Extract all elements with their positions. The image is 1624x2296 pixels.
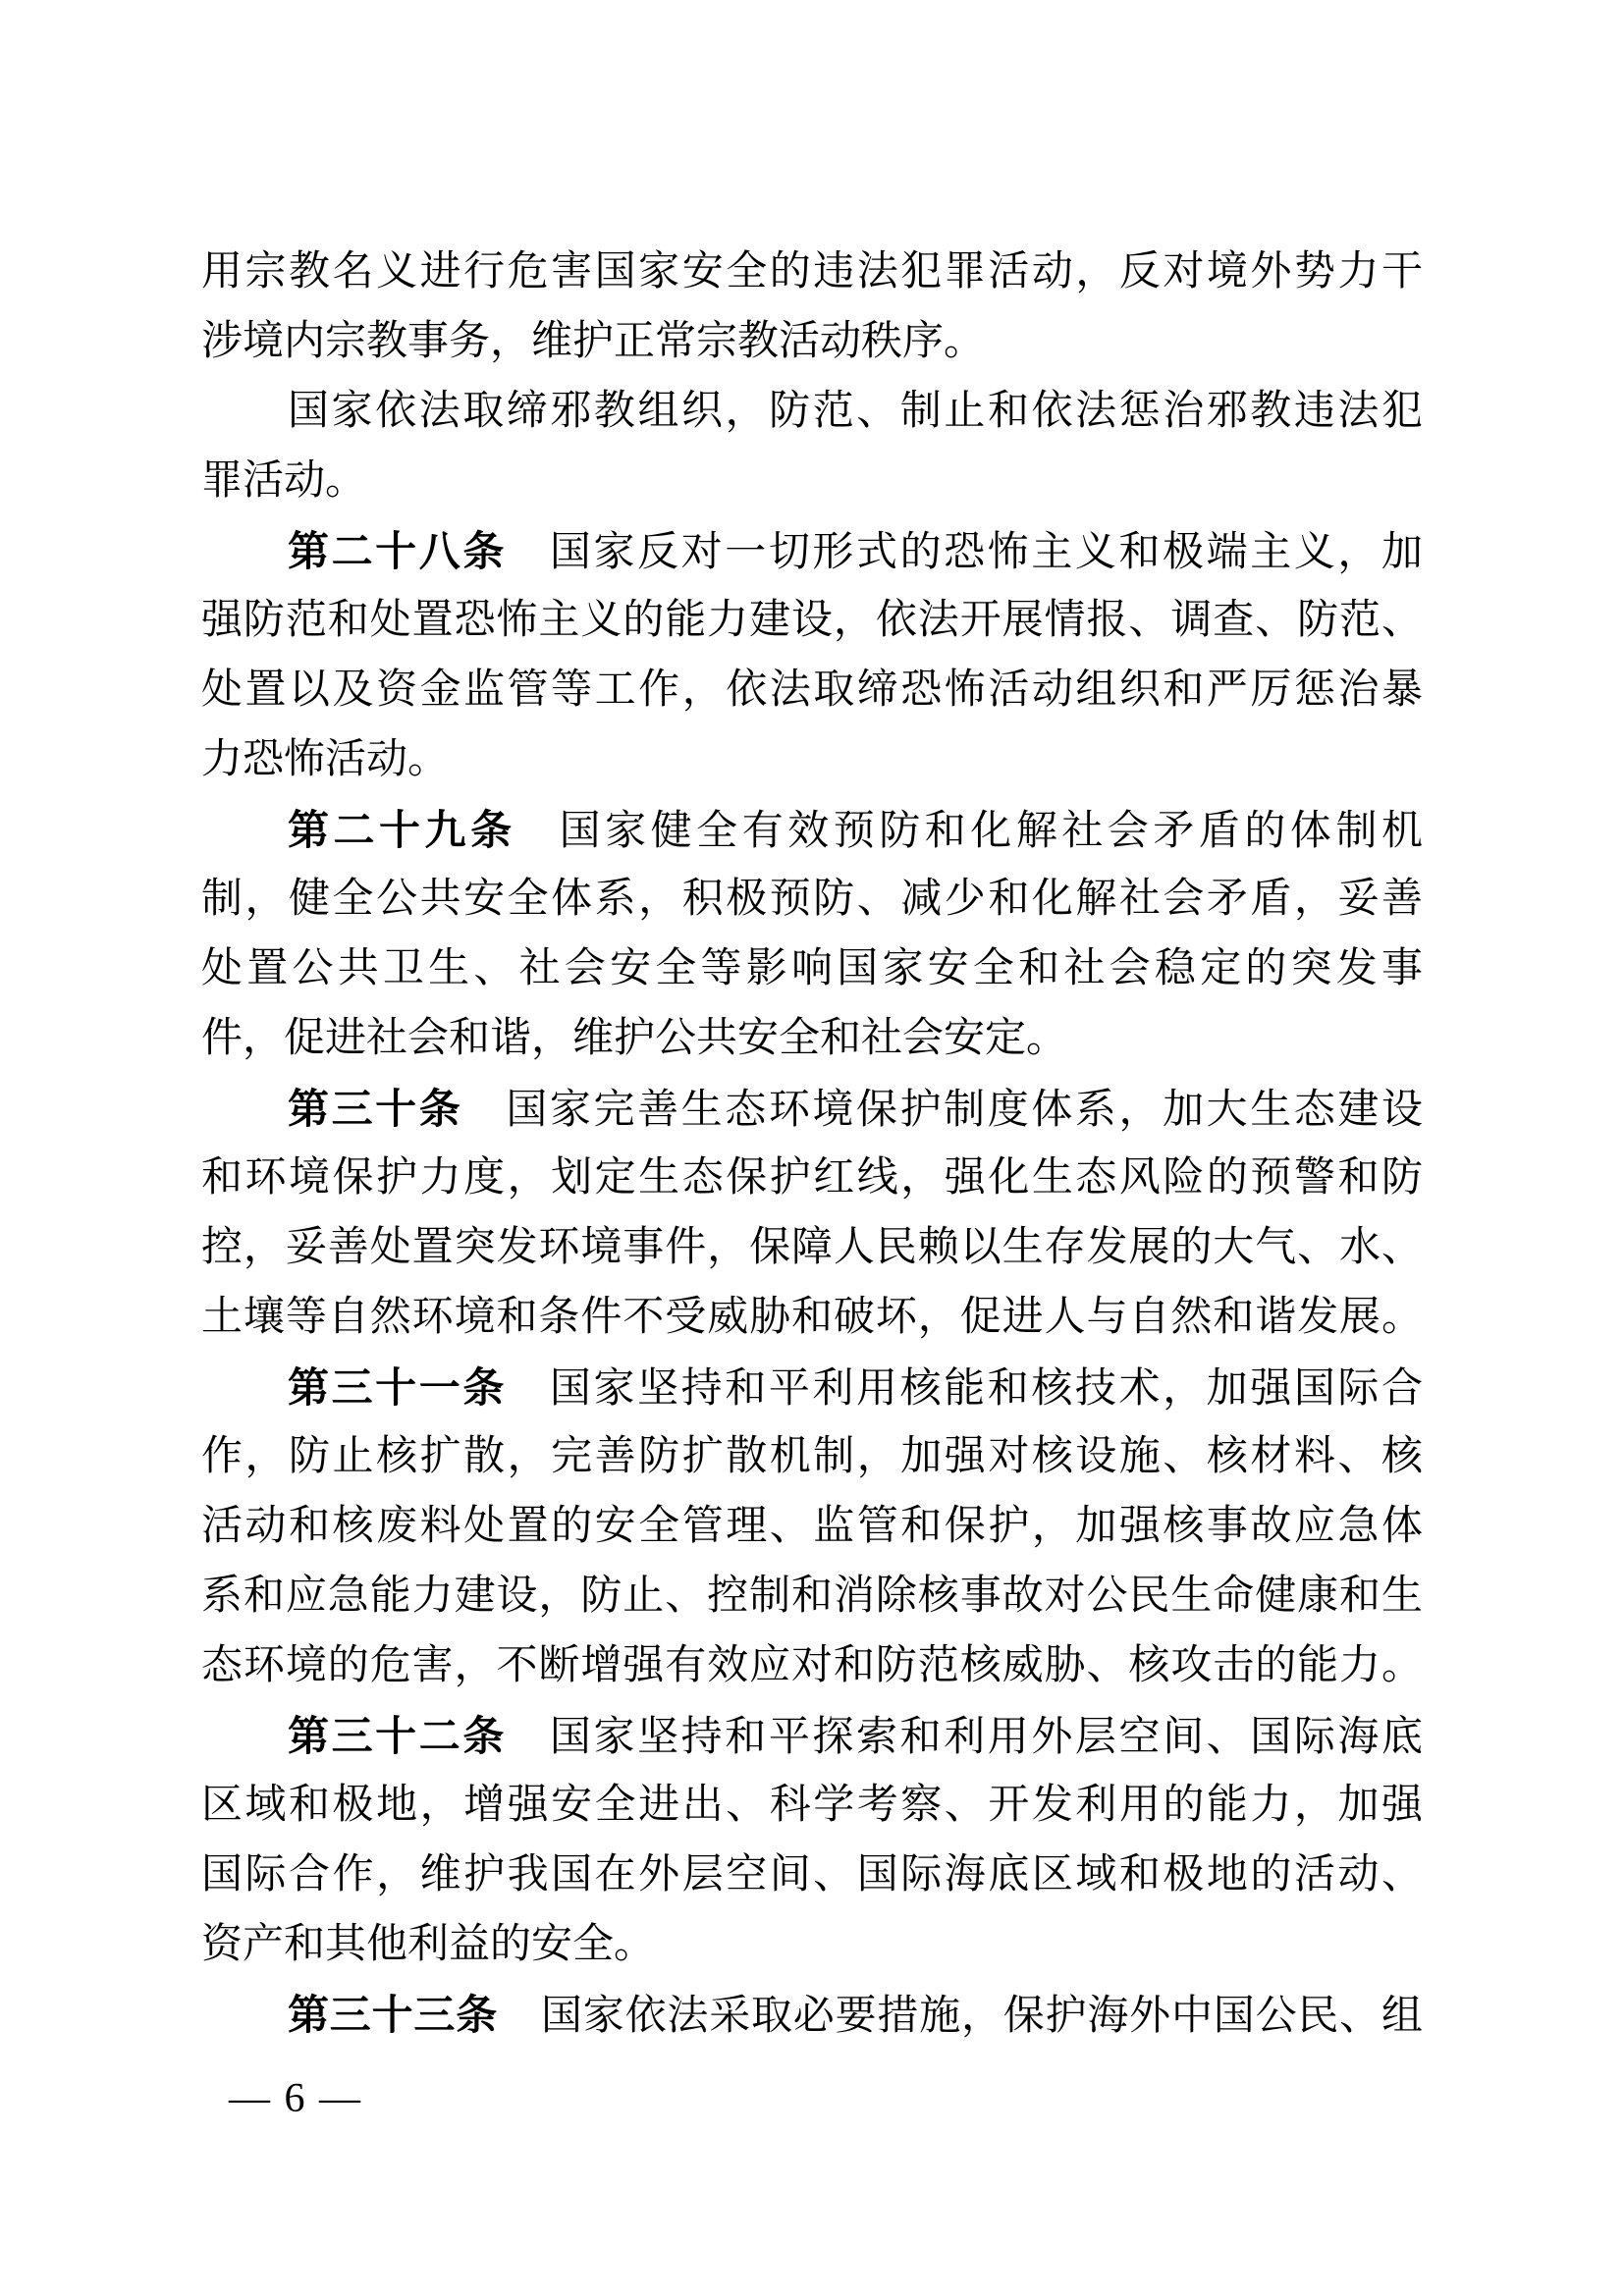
article-number: 第三十条 <box>288 1086 462 1132</box>
text-line: 控，妥善处置突发环境事件，保障人民赖以生存发展的大气、水、 <box>201 1213 1423 1283</box>
text-line: 系和应急能力建设，防止、控制和消除核事故对公民生命健康和生 <box>201 1562 1423 1631</box>
text-line: 制，健全公共安全体系，积极预防、减少和化解社会矛盾，妥善 <box>201 865 1423 934</box>
text-line: 第三十一条国家坚持和平利用核能和核技术，加强国际合 <box>201 1353 1423 1422</box>
text-line: 力恐怖活动。 <box>201 725 1423 795</box>
line-text: 系和应急能力建设，防止、控制和消除核事故对公民生命健康和生 <box>201 1574 1423 1619</box>
line-text: 国家反对一切形式的恐怖主义和极端主义，加 <box>550 530 1423 575</box>
line-text: 态环境的危害，不断增强有效应对和防范核威胁、核攻击的能力。 <box>201 1643 1423 1688</box>
text-line: 强防范和处置恐怖主义的能力建设，依法开展情报、调查、防范、 <box>201 586 1423 656</box>
text-line: 第二十八条国家反对一切形式的恐怖主义和极端主义，加 <box>201 516 1423 586</box>
line-text: 件，促进社会和谐，维护公共安全和社会安定。 <box>201 1016 1067 1061</box>
line-text: 国家依法采取必要措施，保护海外中国公民、组 <box>541 1994 1423 2039</box>
document-page: 用宗教名义进行危害国家安全的违法犯罪活动，反对境外势力干涉境内宗教事务，维护正常… <box>0 0 1624 2296</box>
text-line: 态环境的危害，不断增强有效应对和防范核威胁、核攻击的能力。 <box>201 1631 1423 1701</box>
line-text: 处置公共卫生、社会安全等影响国家安全和社会稳定的突发事 <box>201 946 1423 991</box>
line-text: 作，防止核扩散，完善防扩散机制，加强对核设施、核材料、核 <box>201 1434 1423 1479</box>
text-line: 罪活动。 <box>201 447 1423 516</box>
line-text: 国家健全有效预防和化解社会矛盾的体制机 <box>560 809 1423 854</box>
text-line: 国家依法取缔邪教组织，防范、制止和依法惩治邪教违法犯 <box>201 377 1423 447</box>
text-line: 第三十二条国家坚持和平探索和利用外层空间、国际海底 <box>201 1701 1423 1771</box>
text-line: 用宗教名义进行危害国家安全的违法犯罪活动，反对境外势力干 <box>201 238 1423 307</box>
article-number: 第二十八条 <box>288 528 507 574</box>
article-number: 第三十一条 <box>288 1364 507 1411</box>
text-line: 件，促进社会和谐，维护公共安全和社会安定。 <box>201 1004 1423 1074</box>
text-line: 资产和其他利益的安全。 <box>201 1910 1423 1980</box>
line-text: 和环境保护力度，划定生态保护红线，强化生态风险的预警和防 <box>201 1155 1423 1201</box>
line-text: 控，妥善处置突发环境事件，保障人民赖以生存发展的大气、水、 <box>201 1225 1423 1270</box>
line-text: 处置以及资金监管等工作，依法取缔恐怖活动组织和严厉惩治暴 <box>201 667 1423 713</box>
line-text: 活动和核废料处置的安全管理、监管和保护，加强核事故应急体 <box>201 1504 1423 1549</box>
text-line: 作，防止核扩散，完善防扩散机制，加强对核设施、核材料、核 <box>201 1422 1423 1492</box>
line-text: 国家完善生态环境保护制度体系，加大生态建设 <box>506 1088 1423 1133</box>
line-text: 国家依法取缔邪教组织，防范、制止和依法惩治邪教违法犯 <box>288 389 1423 434</box>
article-number: 第三十三条 <box>288 1992 498 2038</box>
text-line: 处置公共卫生、社会安全等影响国家安全和社会稳定的突发事 <box>201 934 1423 1004</box>
text-line: 处置以及资金监管等工作，依法取缔恐怖活动组织和严厉惩治暴 <box>201 656 1423 725</box>
line-text: 涉境内宗教事务，维护正常宗教活动秩序。 <box>201 319 985 364</box>
line-text: 强防范和处置恐怖主义的能力建设，依法开展情报、调查、防范、 <box>201 598 1423 643</box>
line-text: 制，健全公共安全体系，积极预防、减少和化解社会矛盾，妥善 <box>201 877 1423 922</box>
text-line: 区域和极地，增强安全进出、科学考察、开发利用的能力，加强 <box>201 1771 1423 1841</box>
text-line: 第三十三条国家依法采取必要措施，保护海外中国公民、组 <box>201 1980 1423 2050</box>
line-text: 区域和极地，增强安全进出、科学考察、开发利用的能力，加强 <box>201 1783 1423 1828</box>
line-text: 资产和其他利益的安全。 <box>201 1922 655 1967</box>
article-number: 第三十二条 <box>288 1713 507 1759</box>
text-line: 第三十条国家完善生态环境保护制度体系，加大生态建设 <box>201 1074 1423 1144</box>
line-text: 国家坚持和平探索和利用外层空间、国际海底 <box>550 1715 1423 1760</box>
line-text: 国家坚持和平利用核能和核技术，加强国际合 <box>550 1366 1423 1412</box>
text-line: 国际合作，维护我国在外层空间、国际海底区域和极地的活动、 <box>201 1841 1423 1910</box>
text-line: 涉境内宗教事务，维护正常宗教活动秩序。 <box>201 307 1423 377</box>
line-text: 用宗教名义进行危害国家安全的违法犯罪活动，反对境外势力干 <box>201 249 1423 294</box>
article-number: 第二十九条 <box>288 807 516 853</box>
document-body: 用宗教名义进行危害国家安全的违法犯罪活动，反对境外势力干涉境内宗教事务，维护正常… <box>201 238 1423 2050</box>
line-text: 国际合作，维护我国在外层空间、国际海底区域和极地的活动、 <box>201 1852 1423 1897</box>
line-text: 罪活动。 <box>201 458 366 504</box>
text-line: 土壤等自然环境和条件不受威胁和破坏，促进人与自然和谐发展。 <box>201 1283 1423 1353</box>
line-text: 土壤等自然环境和条件不受威胁和破坏，促进人与自然和谐发展。 <box>201 1295 1423 1340</box>
line-text: 力恐怖活动。 <box>201 737 449 782</box>
text-line: 第二十九条国家健全有效预防和化解社会矛盾的体制机 <box>201 795 1423 865</box>
text-line: 活动和核废料处置的安全管理、监管和保护，加强核事故应急体 <box>201 1492 1423 1562</box>
text-line: 和环境保护力度，划定生态保护红线，强化生态风险的预警和防 <box>201 1144 1423 1213</box>
page-number: — 6 — <box>229 2071 362 2126</box>
